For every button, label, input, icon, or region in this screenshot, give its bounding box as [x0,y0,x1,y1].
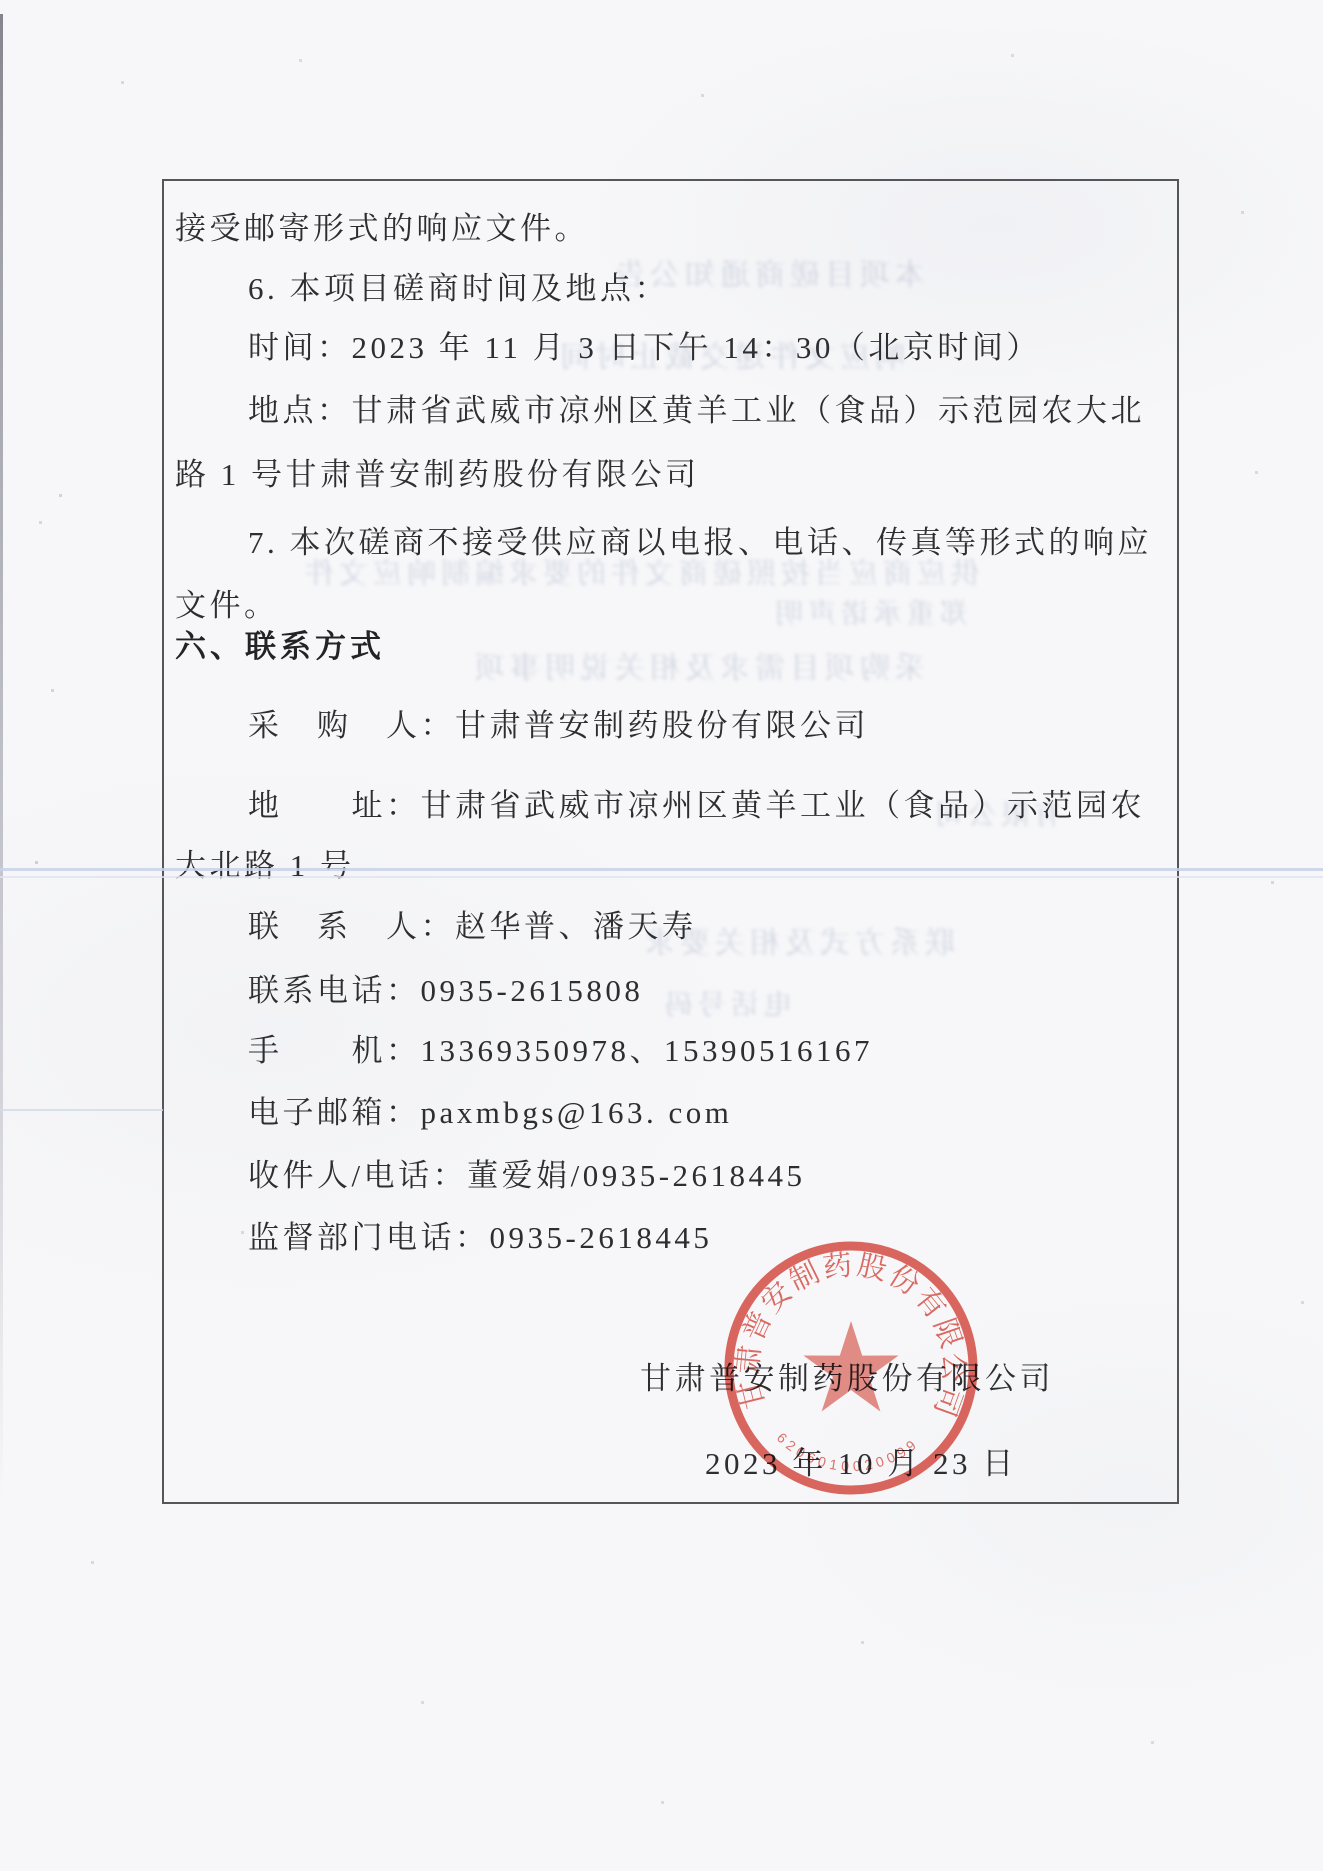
text-line: 联 系 人：赵华普、潘天寿 [248,901,697,946]
ghost-text: 采购项目需求及相关说明事项 [470,643,925,687]
text-line: 文件。 [175,580,279,625]
paper-specks [0,0,1,1]
text-line: 手 机：13369350978、15390516167 [248,1025,873,1070]
text-line: 大北路 1 号 [175,840,355,885]
scan-artifact-line [0,1109,163,1111]
text-line: 六、联系方式 [175,621,385,666]
text-line: 6. 本项目磋商时间及地点： [248,263,669,308]
text-line: 监督部门电话：0935-2618445 [248,1212,712,1257]
ghost-text: 郑重承诺声明 [770,592,968,632]
text-line: 地点：甘肃省武威市凉州区黄羊工业（食品）示范园农大北 [248,385,1145,430]
text-line: 接受邮寄形式的响应文件。 [175,203,589,248]
company-seal-stamp: 甘肃普安制药股份有限公司 6206010020099 [716,1233,986,1503]
text-line: 采 购 人：甘肃普安制药股份有限公司 [248,700,869,745]
text-line: 7. 本次磋商不接受供应商以电报、电话、传真等形式的响应 [248,517,1152,562]
ghost-text: 电话号码 [660,983,792,1023]
text-line: 联系电话：0935-2615808 [248,965,643,1010]
scan-artifact-line [0,868,1323,871]
text-line: 路 1 号甘肃普安制药股份有限公司 [175,449,700,494]
seal-serial-number: 6206010020099 [774,1429,923,1474]
text-line: 时间：2023 年 11 月 3 日下午 14：30（北京时间） [248,322,1041,367]
seal-star-icon [803,1321,898,1412]
text-line: 电子邮箱：paxmbgs@163. com [248,1087,732,1132]
scan-edge-shadow [0,14,3,1500]
text-line: 收件人/电话：董爱娟/0935-2618445 [248,1150,806,1195]
scanned-document-page: 本项目磋商通知公告响应文件递交截止时间供应商应当按照磋商文件的要求编制响应文件郑… [0,0,1323,1871]
scan-artifact-line [0,876,1323,878]
text-line: 地 址：甘肃省武威市凉州区黄羊工业（食品）示范园农 [248,780,1145,825]
